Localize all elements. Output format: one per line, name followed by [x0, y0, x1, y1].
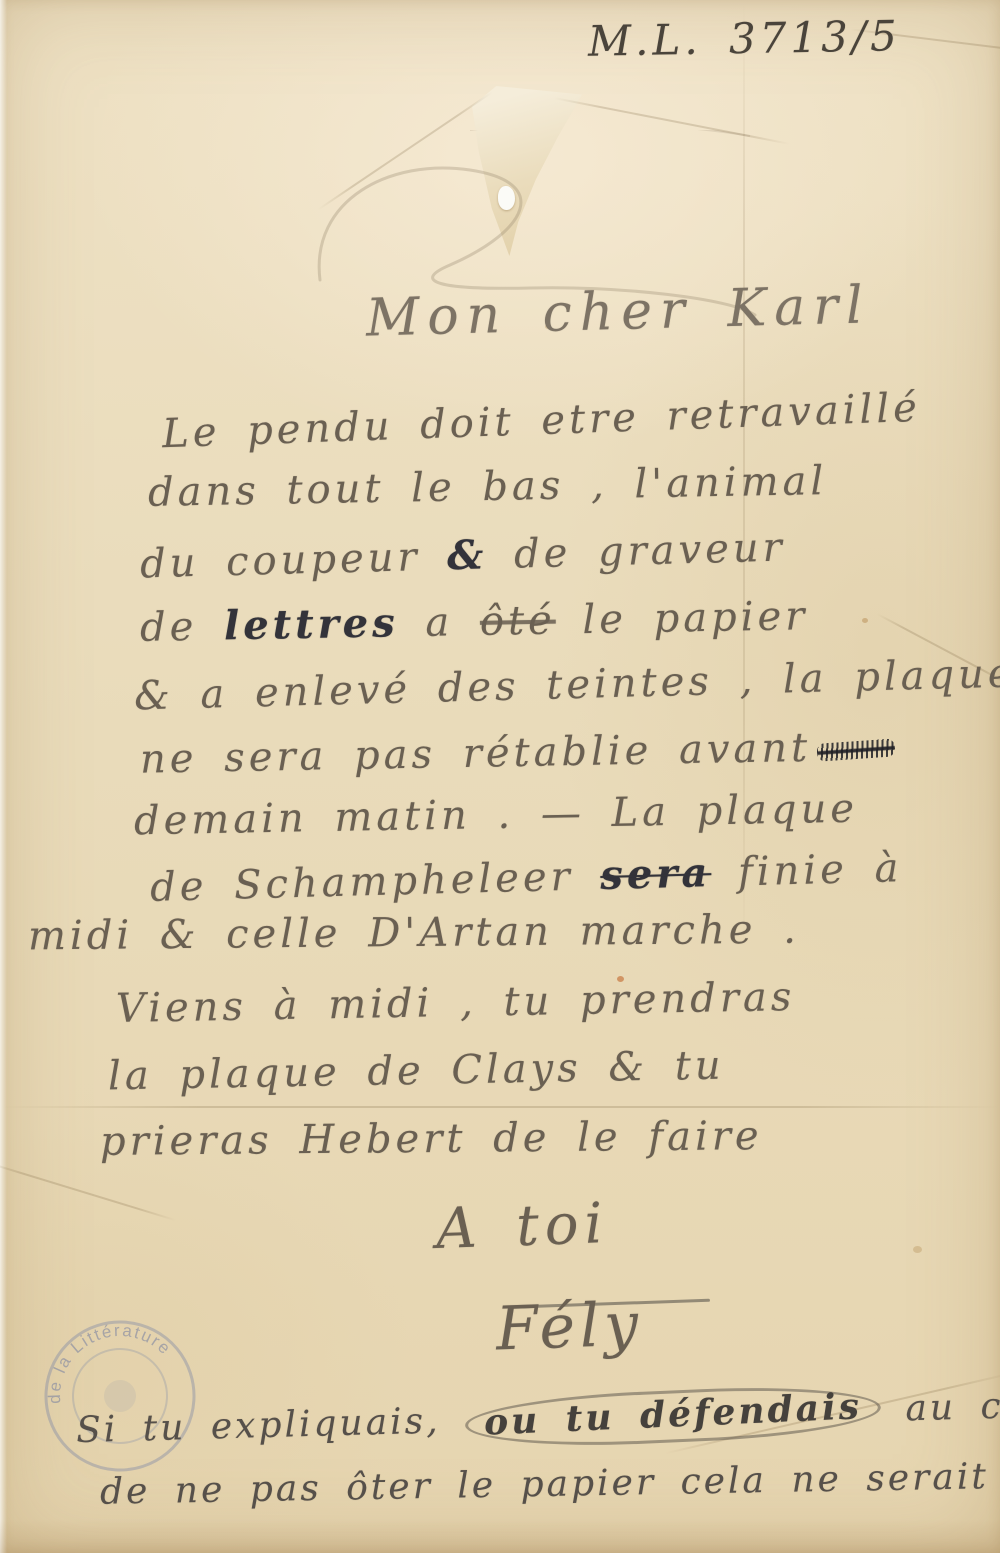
manuscript-line: midi & celle D'Artan marche . — [28, 907, 800, 960]
text-segment: ne sera pas rétablie avant — [140, 725, 812, 783]
text-segment: finie à — [711, 845, 903, 896]
manuscript-line: demain matin . — La plaque — [134, 786, 859, 845]
scribbled-out-word — [817, 738, 896, 761]
closing: A toi — [435, 1191, 610, 1262]
manuscript-line: Viens à midi , tu prendras — [116, 974, 796, 1032]
foxing-spot — [862, 618, 868, 623]
text-segment: du coupeur — [140, 533, 448, 587]
manuscript-line: & a enlevé des teintes , la plaque — [134, 650, 1000, 719]
manuscript-line: dans tout le bas , l'animal — [148, 458, 828, 516]
crease-line — [0, 1106, 1000, 1108]
text-segment: Si tu expliquais, — [76, 1400, 466, 1451]
manuscript-line: Le pendu doit etre retravaillé — [161, 385, 921, 457]
text-segment: le papier — [555, 593, 808, 643]
text-segment: de graveur — [487, 525, 787, 579]
paper-shading — [0, 1519, 1000, 1553]
text-segment: sera — [600, 849, 712, 899]
text-segment: & — [447, 531, 488, 579]
signature: Fély — [495, 1289, 644, 1364]
manuscript-line: la plaque de Clays & tu — [108, 1043, 725, 1100]
foxing-spot — [913, 1246, 922, 1253]
crease-line — [0, 1161, 176, 1221]
text-segment: lettres — [224, 599, 399, 649]
postscript-line: Si tu expliquais, ou tu défendais au cou… — [76, 1378, 1000, 1458]
postscript-line: de ne pas ôter le papier cela ne serait — [100, 1456, 989, 1513]
text-segment: de — [140, 603, 225, 650]
text-segment: ôté — [480, 598, 557, 645]
manuscript-line: de lettres a ôté le papier — [140, 592, 809, 651]
manuscript-line: de Schampheleer sera finie à — [150, 844, 903, 911]
text-segment: au coupeur — [880, 1382, 1000, 1430]
circled-text: ou tu défendais — [464, 1381, 882, 1451]
salutation: Mon cher Karl — [365, 275, 871, 348]
text-segment: a — [398, 599, 480, 646]
manuscript-line: du coupeur & de graveur — [139, 524, 786, 588]
text-segment: de Schampheleer — [150, 853, 601, 911]
letter-scan: de la Littérature M.L. 3713/5 Mon cher K… — [0, 0, 1000, 1553]
catalog-number: M.L. 3713/5 — [588, 11, 902, 65]
paper-edge — [0, 0, 7, 1553]
manuscript-line: ne sera pas rétablie avant — [140, 723, 896, 782]
manuscript-line: prieras Hebert de le faire — [100, 1113, 763, 1165]
